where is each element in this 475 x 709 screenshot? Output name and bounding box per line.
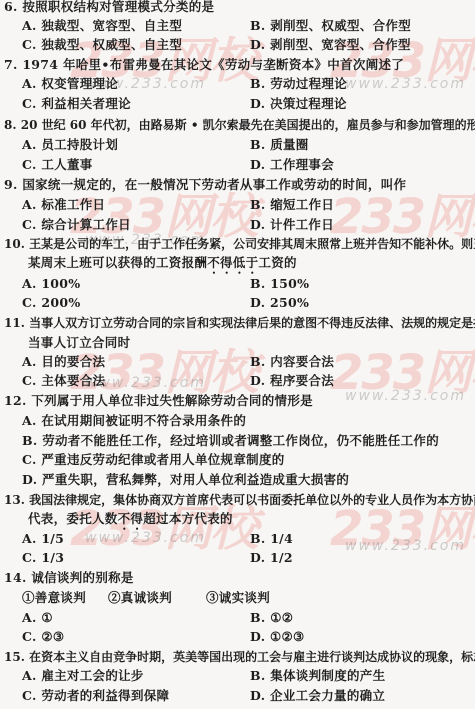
option-a: A. 独裁型、宽容型、自主型 <box>22 18 182 34</box>
option-c: C. 综合计算工作日 <box>22 217 131 233</box>
option-d: D. 严重失职，营私舞弊，对用人单位利益造成重大损害的 <box>22 472 349 488</box>
question-12-stem: 12. 下列属于用人单位非过失性解除劳动合同的情形是 <box>4 393 313 409</box>
option-a: A. 权变管理理论 <box>22 76 118 92</box>
option-b: B. 剥削型、权威型、合作型 <box>250 18 411 34</box>
watermark-url: www.233.com <box>345 538 466 554</box>
option-c: C. 利益相关者理论 <box>22 96 131 112</box>
option-b: B. 集体谈判制度的产生 <box>250 668 385 684</box>
option-d: D. 250% <box>250 295 309 311</box>
option-a: A. 1/5 <box>22 531 64 547</box>
watermark-url: www.233.com <box>345 76 466 92</box>
item-3: ③诚实谈判 <box>206 590 270 606</box>
option-d: D. 决策过程理论 <box>250 96 347 112</box>
option-d: D. 计件工作日 <box>250 217 334 233</box>
option-d: D. 剥削型、宽容型、合作型 <box>250 37 411 53</box>
exam-page: 233网校 233网校 www.233.com www.233.com 233网… <box>0 0 475 709</box>
question-9-stem: 9. 国家统一规定的，在一般情况下劳动者从事工作或劳动的时间，叫作 <box>4 177 406 193</box>
option-c: C. 工人董事 <box>22 157 93 173</box>
option-b: B. 150% <box>250 276 309 292</box>
option-c: C. ②③ <box>22 629 64 645</box>
watermark-url: www.233.com <box>345 388 466 404</box>
question-6-stem: 6. 按照职权结构对管理模式分类的是 <box>4 0 214 15</box>
watermark-logo: 233网校 <box>330 334 475 403</box>
question-14-stem: 14. 诚信谈判的别称是 <box>4 570 134 586</box>
option-a: A. 目的要合法 <box>22 354 105 370</box>
option-b: B. 内容要合法 <box>250 354 334 370</box>
question-11-stem: 11. 当事人双方订立劳动合同的宗旨和实现法律后果的意图不得违反法律、法规的规定… <box>4 315 475 331</box>
question-7-stem: 7. 1974 年哈里•布雷弗曼在其论文《劳动与垄断资本》中首次阐述了 <box>4 57 404 73</box>
option-a: A. ① <box>22 610 53 626</box>
item-1: ①善意谈判 <box>22 590 108 606</box>
question-14-items: ①善意谈判②真诚谈判③诚实谈判 <box>22 590 270 606</box>
option-d: D. 1/2 <box>250 550 293 566</box>
option-b: B. ①② <box>250 610 293 626</box>
option-c: C. 独裁型、权威型、自主型 <box>22 37 182 53</box>
option-c: C. 200% <box>22 295 81 311</box>
question-15-stem: 15. 在资本主义自由竞争时期，英美等国出现的工会与雇主进行谈判达成协议的现象，… <box>4 649 475 665</box>
question-11-stem-continued: 当事人订立合同时 <box>28 335 130 351</box>
question-10-stem: 10. 王某是公司的车工，由于工作任务紧，公司安排其周末照常上班并告知不能补休。… <box>4 236 475 252</box>
option-d: D. ①②③ <box>250 629 305 645</box>
question-13-stem-continued: 代表，委托人数不得超过本方代表的 <box>28 511 233 533</box>
item-2: ②真诚谈判 <box>108 590 206 606</box>
option-c: C. 1/3 <box>22 550 64 566</box>
question-8-stem: 8. 20 世纪 60 年代初，由路易斯 • 凯尔索最先在美国提出的，雇员参与和… <box>4 117 475 133</box>
option-b: B. 1/4 <box>250 531 293 547</box>
option-b: B. 质量圈 <box>250 137 309 153</box>
question-10-stem-continued: 某周末上班可以获得的工资报酬不得低于工资的 <box>28 255 297 277</box>
option-d: D. 工作理事会 <box>250 157 334 173</box>
option-b: B. 缩短工作日 <box>250 197 334 213</box>
option-c: C. 主体要合法 <box>22 373 105 389</box>
option-b: B. 劳动者不能胜任工作，经过培训或者调整工作岗位，仍不能胜任工作的 <box>22 433 439 449</box>
option-c: C. 劳动者的利益得到保障 <box>22 688 169 704</box>
option-a: A. 员工持股计划 <box>22 137 118 153</box>
option-d: D. 企业工会力量的确立 <box>250 688 385 704</box>
option-d: D. 程序要合法 <box>250 373 334 389</box>
option-b: B. 劳动过程理论 <box>250 76 347 92</box>
question-13-stem: 13. 我国法律规定，集体协商双方首席代表可以书面委托单位以外的专业人员作为本方… <box>4 492 475 508</box>
option-c: C. 严重违反劳动纪律或者用人单位规章制度的 <box>22 452 285 468</box>
option-a: A. 雇主对工会的让步 <box>22 668 144 684</box>
option-a: A. 100% <box>22 276 80 292</box>
option-a: A. 标准工作日 <box>22 197 105 213</box>
option-a: A. 在试用期间被证明不符合录用条件的 <box>22 413 246 429</box>
